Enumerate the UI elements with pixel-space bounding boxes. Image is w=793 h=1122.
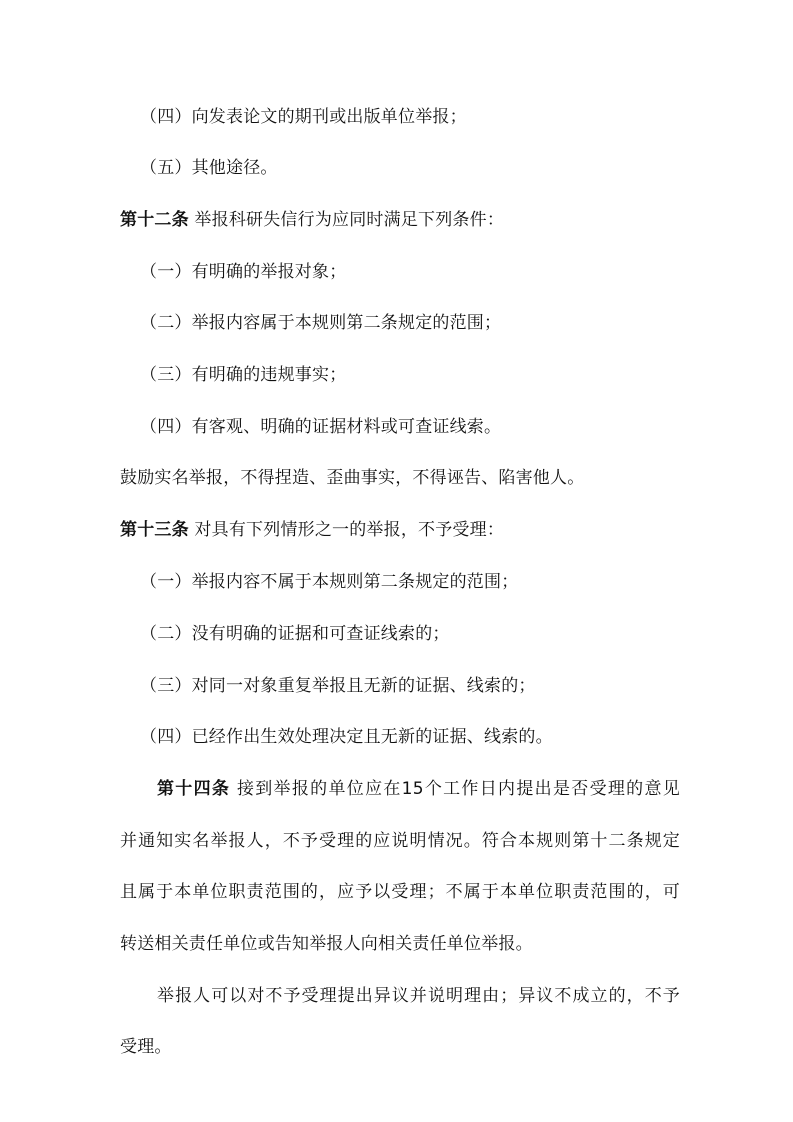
article-heading: 第十二条 bbox=[120, 210, 189, 230]
article-14-line-2: 并通知实名举报人，不予受理的应说明情况。符合本规则第十二条规定 bbox=[120, 829, 680, 853]
article-14-line-3: 且属于本单位职责范围的，应予以受理；不属于本单位职责范围的，可 bbox=[120, 880, 680, 904]
article-12-note: 鼓励实名举报，不得捏造、歪曲事实，不得诬告、陷害他人。 bbox=[120, 466, 680, 490]
list-item: （四）向发表论文的期刊或出版单位举报； bbox=[120, 105, 700, 129]
article-text: 接到举报的单位应在15个工作日内提出是否受理的意见 bbox=[230, 779, 680, 799]
list-item: （二）没有明确的证据和可查证线索的； bbox=[120, 622, 700, 646]
article-heading: 第十三条 bbox=[120, 520, 189, 540]
list-item: （二）举报内容属于本规则第二条规定的范围； bbox=[120, 311, 700, 335]
article-13-intro: 第十三条 对具有下列情形之一的举报，不予受理： bbox=[120, 518, 680, 542]
list-item: （一）有明确的举报对象； bbox=[120, 260, 700, 284]
list-item: （三）有明确的违规事实； bbox=[120, 363, 700, 387]
list-item: （三）对同一对象重复举报且无新的证据、线索的； bbox=[120, 674, 700, 698]
article-14-line-1: 第十四条 接到举报的单位应在15个工作日内提出是否受理的意见 bbox=[120, 777, 680, 801]
list-item: （四）有客观、明确的证据材料或可查证线索。 bbox=[120, 415, 700, 439]
article-14-line-4: 转送相关责任单位或告知举报人向相关责任单位举报。 bbox=[120, 932, 680, 956]
article-14-para2-line-1: 举报人可以对不予受理提出异议并说明理由；异议不成立的，不予 bbox=[120, 984, 680, 1008]
article-heading: 第十四条 bbox=[157, 779, 230, 799]
article-text: 举报科研失信行为应同时满足下列条件： bbox=[189, 210, 504, 230]
list-item: （四）已经作出生效处理决定且无新的证据、线索的。 bbox=[120, 725, 700, 749]
article-14-para2-line-2: 受理。 bbox=[120, 1035, 680, 1059]
list-item: （一）举报内容不属于本规则第二条规定的范围； bbox=[120, 570, 700, 594]
list-item: （五）其他途径。 bbox=[120, 156, 700, 180]
article-12-intro: 第十二条 举报科研失信行为应同时满足下列条件： bbox=[120, 208, 680, 232]
article-text: 对具有下列情形之一的举报，不予受理： bbox=[189, 520, 504, 540]
